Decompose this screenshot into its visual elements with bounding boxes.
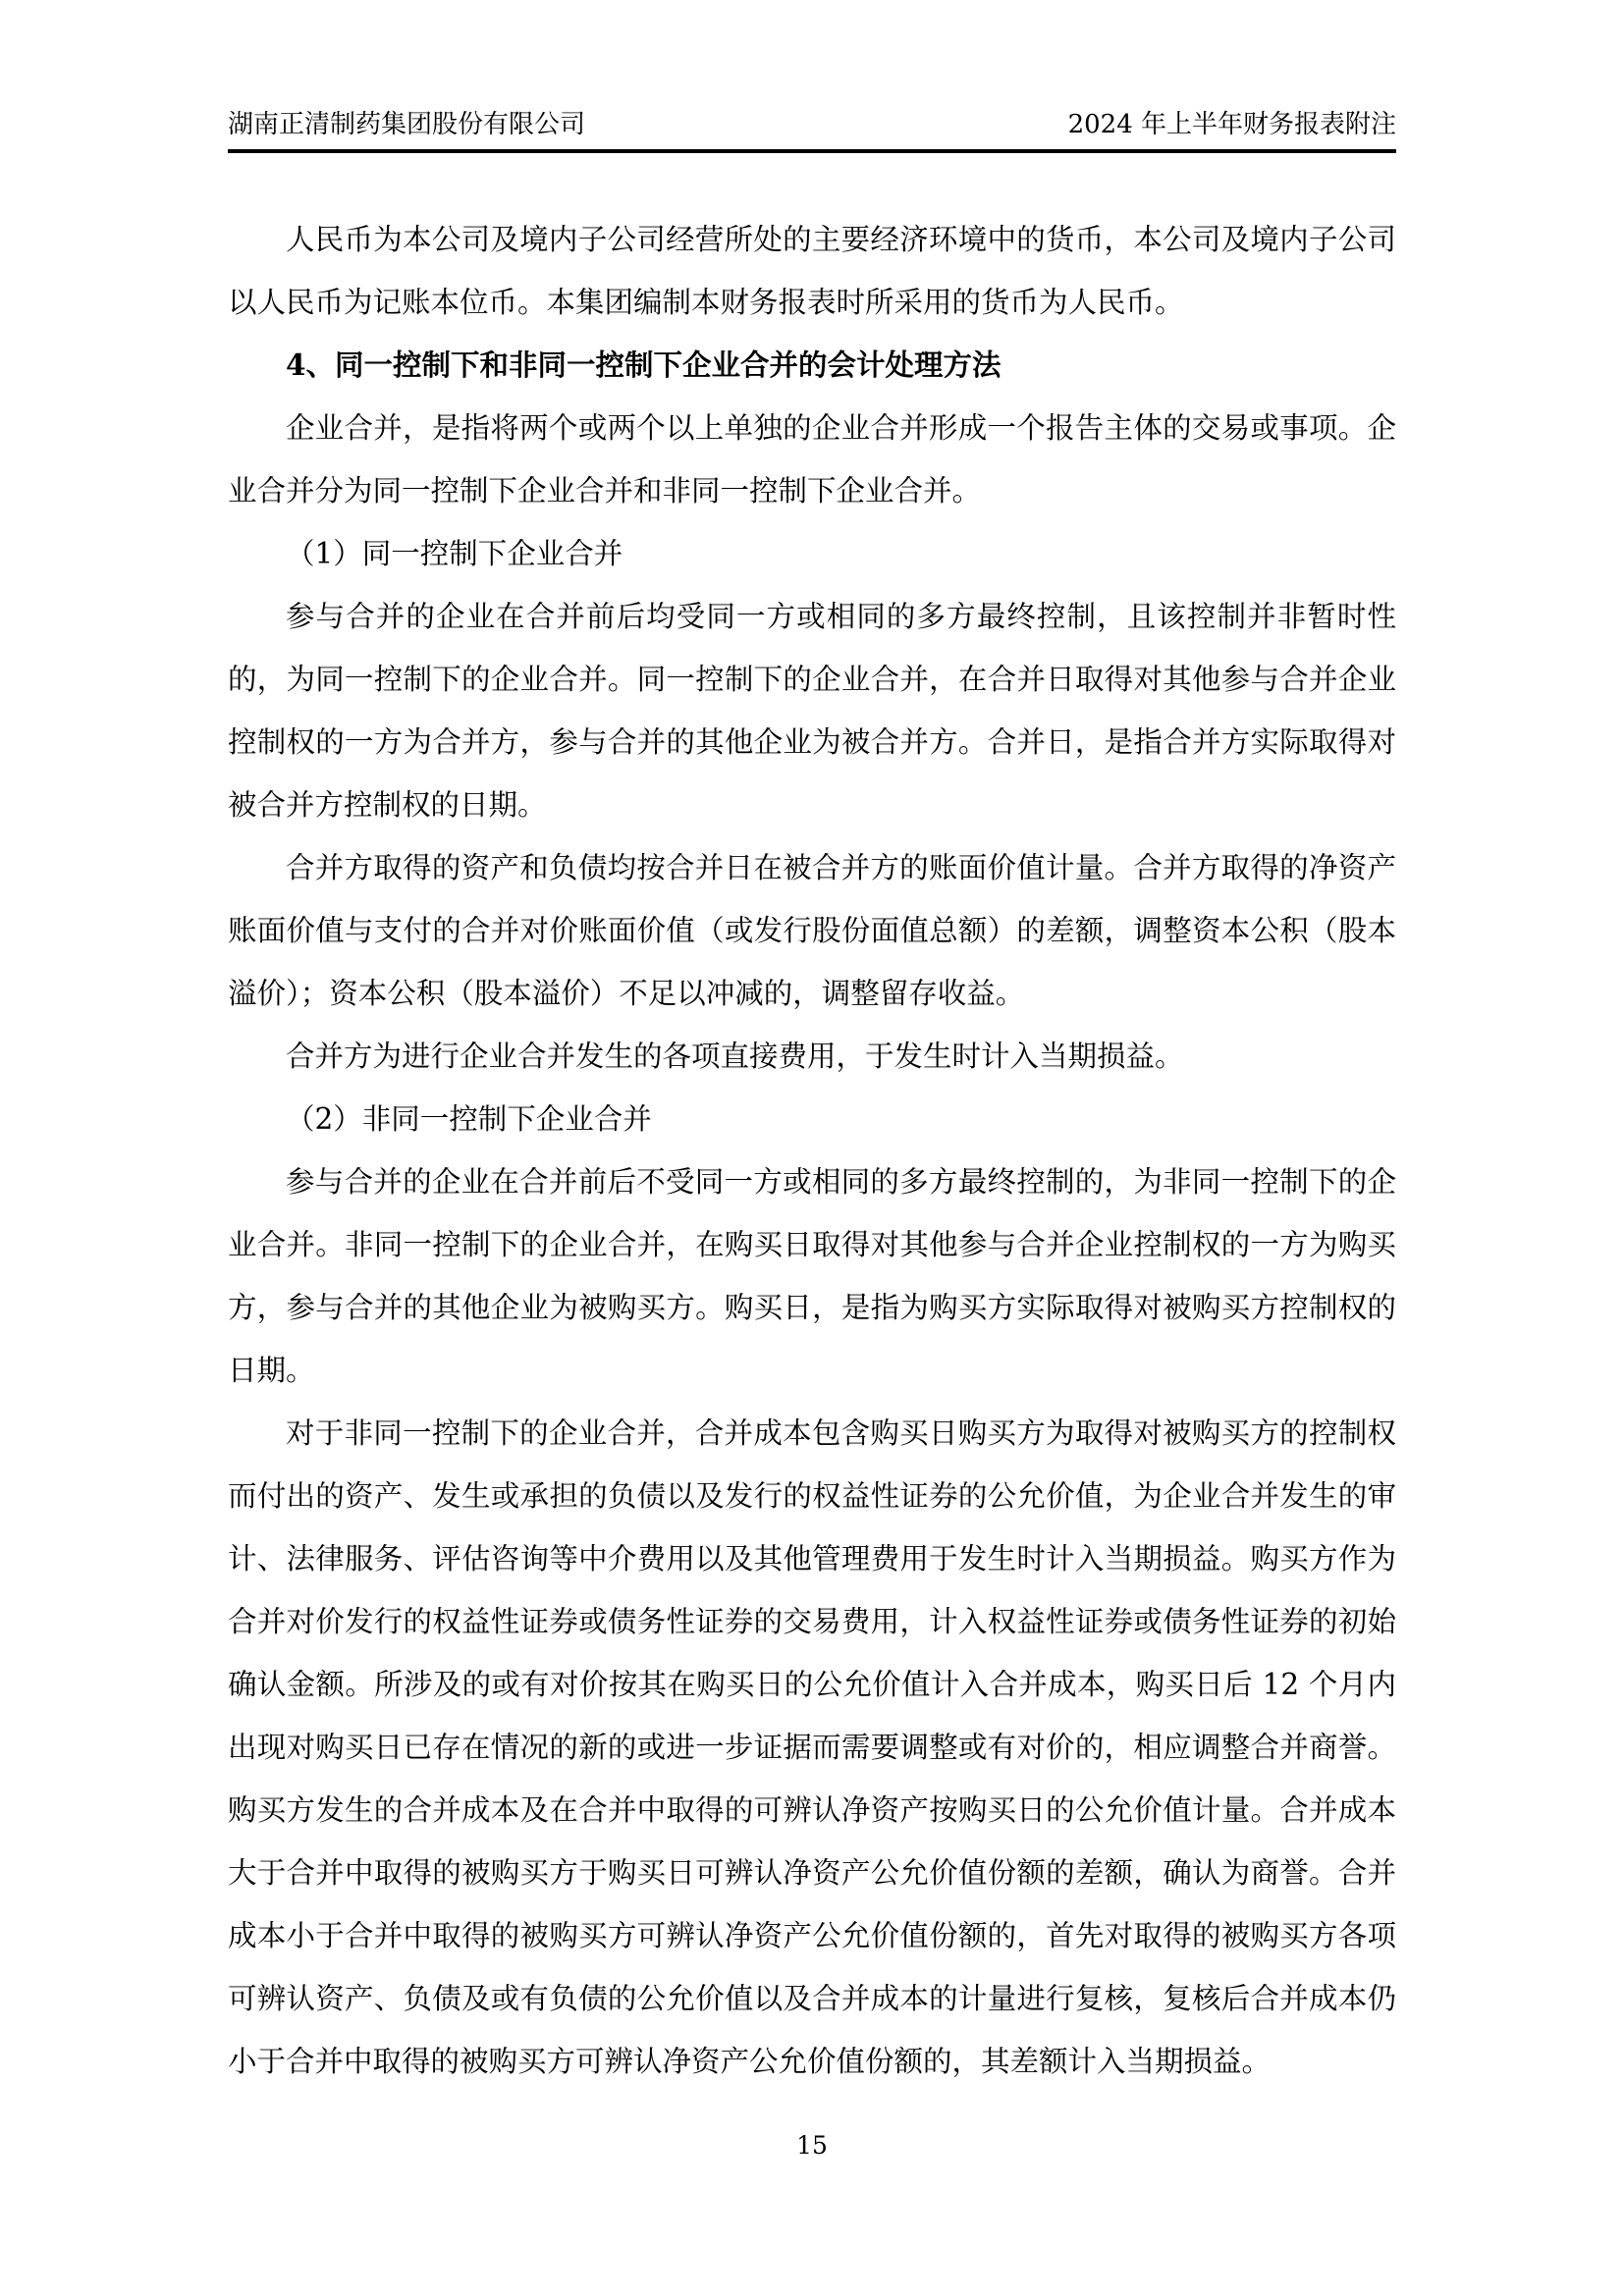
sub-heading: （2）非同一控制下企业合并 xyxy=(228,1088,1396,1150)
body-paragraph: 对于非同一控制下的企业合并，合并成本包含购买日购买方为取得对被购买方的控制权而付… xyxy=(228,1402,1396,2093)
section-heading: 4、同一控制下和非同一控制下企业合并的会计处理方法 xyxy=(228,334,1396,397)
header-report-title: 2024 年上半年财务报表附注 xyxy=(1068,108,1396,141)
page-number: 15 xyxy=(796,2131,828,2160)
body-paragraph: 参与合并的企业在合并前后不受同一方或相同的多方最终控制的，为非同一控制下的企业合… xyxy=(228,1150,1396,1402)
body-paragraph: 企业合并，是指将两个或两个以上单独的企业合并形成一个报告主体的交易或事项。企业合… xyxy=(228,397,1396,522)
body-paragraph: 合并方取得的资产和负债均按合并日在被合并方的账面价值计量。合并方取得的净资产账面… xyxy=(228,836,1396,1025)
header-company-name: 湖南正清制药集团股份有限公司 xyxy=(228,108,585,141)
body-paragraph: 参与合并的企业在合并前后均受同一方或相同的多方最终控制，且该控制并非暂时性的，为… xyxy=(228,585,1396,836)
body-paragraph: 合并方为进行企业合并发生的各项直接费用，于发生时计入当期损益。 xyxy=(228,1025,1396,1088)
document-body: 人民币为本公司及境内子公司经营所处的主要经济环境中的货币，本公司及境内子公司以人… xyxy=(228,208,1396,2093)
page-header: 湖南正清制药集团股份有限公司 2024 年上半年财务报表附注 xyxy=(228,108,1396,153)
page-footer: 15 xyxy=(0,2130,1624,2162)
sub-heading: （1）同一控制下企业合并 xyxy=(228,522,1396,585)
body-paragraph: 人民币为本公司及境内子公司经营所处的主要经济环境中的货币，本公司及境内子公司以人… xyxy=(228,208,1396,334)
document-page: 湖南正清制药集团股份有限公司 2024 年上半年财务报表附注 人民币为本公司及境… xyxy=(0,0,1624,2296)
